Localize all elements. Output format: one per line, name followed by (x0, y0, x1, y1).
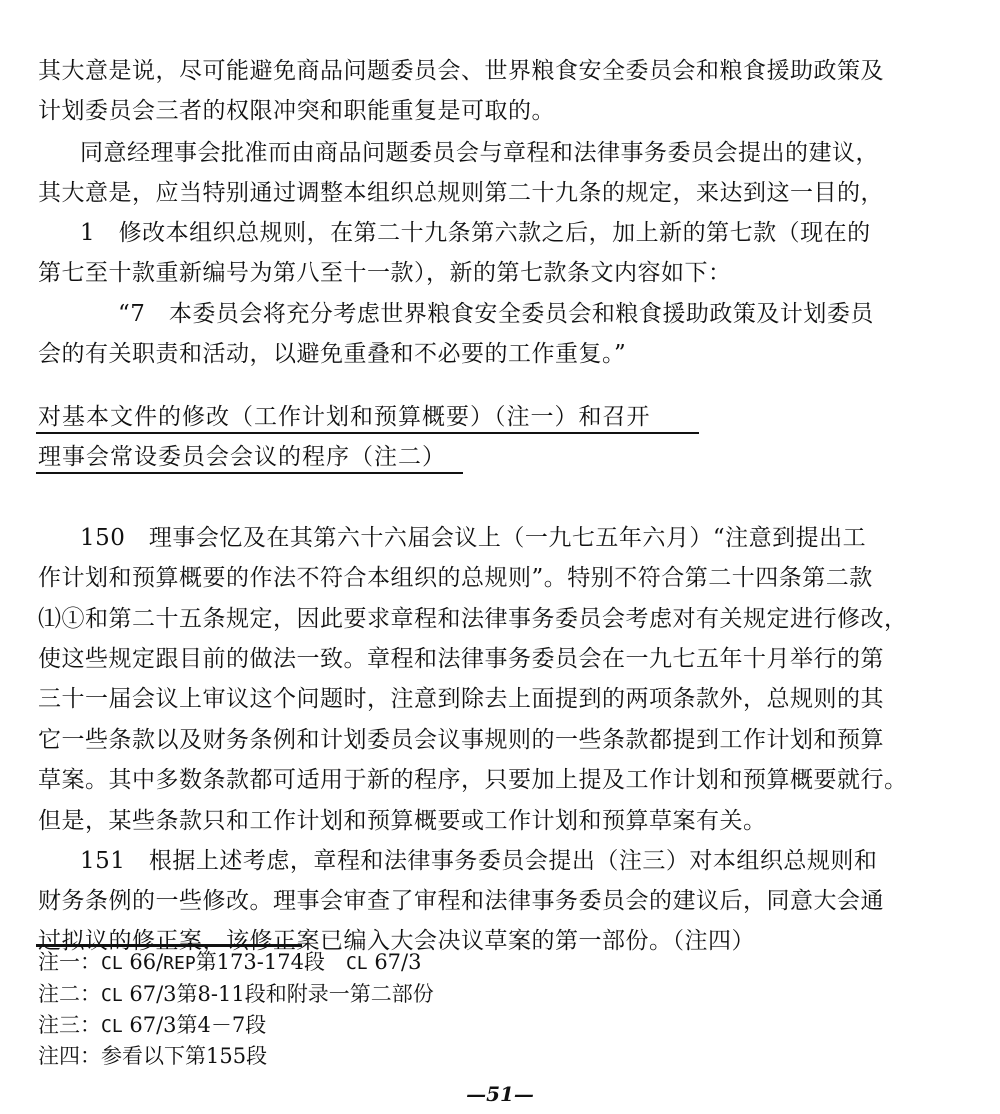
footnote-ref-suffix: REP (163, 953, 196, 974)
quoted-text-line: “7 本委员会将充分考虑世界粮食安全委员会和粮食援助政策及计划委员 (118, 299, 874, 329)
footnote-3: 注三：CL 67/3第4－7段 (38, 1011, 266, 1041)
footnote-text: 第8-11段和附录一第二部份 (177, 982, 434, 1006)
paragraph-150-line: 它一些条款以及财务条例和计划委员会议事规则的一些条款都提到工作计划和预算 (38, 725, 884, 755)
body-text-line: 同意经理事会批准而由商品问题委员会与章程和法律事务委员会提出的建议， (80, 138, 879, 168)
body-text-line: 1 修改本组织总规则，在第二十九条第六款之后，加上新的第七款（现在的 (80, 218, 871, 248)
footnote-1: 注一：CL 66/REP第173-174段 CL 67/3 (38, 948, 421, 978)
footnote-label: 注四： (38, 1044, 101, 1068)
body-text-line: 其大意是，应当特别通过调整本组织总规则第二十九条的规定，来达到这一目的， (38, 178, 884, 208)
footnote-text: 第173-174段 (196, 950, 346, 974)
body-text-line: 计划委员会三者的权限冲突和职能重复是可取的。 (38, 96, 555, 126)
footnote-ref: 67/3 (123, 982, 177, 1006)
paragraph-151-line: 151 根据上述考虑，章程和法律事务委员会提出（注三）对本组织总规则和 (80, 846, 877, 876)
footnote-extra-prefix: CL (346, 953, 368, 974)
paragraph-151-line: 财务条例的一些修改。理事会审查了审程和法律事务委员会的建议后，同意大会通 (38, 886, 884, 916)
heading-underline (36, 432, 699, 434)
footnote-text: 第4－7段 (177, 1013, 267, 1037)
body-text-line: 第七至十款重新编号为第八至十一款），新的第七款条文内容如下： (38, 258, 732, 288)
footnote-text: 参看以下第155段 (101, 1044, 267, 1068)
footnote-ref-prefix: CL (101, 985, 123, 1006)
paragraph-150-line: 150 理事会忆及在其第六十六届会议上（一九七五年六月）“注意到提出工 (80, 523, 866, 553)
body-text-line: 其大意是说，尽可能避免商品问题委员会、世界粮食安全委员会和粮食援助政策及 (38, 56, 884, 86)
paragraph-150-line: 三十一届会议上审议这个问题时，注意到除去上面提到的两项条款外，总规则的其 (38, 684, 884, 714)
heading-underline (36, 472, 463, 474)
footnote-label: 注三： (38, 1013, 101, 1037)
footnote-ref: 66/ (123, 950, 163, 974)
section-heading-line-1: 对基本文件的修改（工作计划和预算概要）（注一）和召开 (38, 402, 651, 432)
footnote-label: 注二： (38, 982, 101, 1006)
footnote-ref-prefix: CL (101, 953, 123, 974)
quoted-text-line: 会的有关职责和活动，以避免重叠和不必要的工作重复。” (38, 339, 626, 369)
footnote-2: 注二：CL 67/3第8-11段和附录一第二部份 (38, 980, 434, 1010)
page-number: —51— (0, 1082, 1000, 1106)
paragraph-150-line: ⑴①和第二十五条规定，因此要求章程和法律事务委员会考虑对有关规定进行修改， (38, 604, 908, 634)
paragraph-150-line: 作计划和预算概要的作法不符合本组织的总规则”。特别不符合第二十四条第二款 (38, 563, 873, 593)
paragraph-150-line: 但是，某些条款只和工作计划和预算概要或工作计划和预算草案有关。 (38, 806, 767, 836)
section-heading-line-2: 理事会常设委员会会议的程序（注二） (38, 442, 446, 472)
footnote-separator (36, 944, 302, 947)
footnote-ref: 67/3 (123, 1013, 177, 1037)
footnote-label: 注一： (38, 950, 101, 974)
footnote-4: 注四：参看以下第155段 (38, 1042, 267, 1070)
paragraph-150-line: 草案。其中多数条款都可适用于新的程序，只要加上提及工作计划和预算概要就行。 (38, 765, 908, 795)
footnote-ref-prefix: CL (101, 1016, 123, 1037)
paragraph-150-line: 使这些规定跟目前的做法一致。章程和法律事务委员会在一九七五年十月举行的第 (38, 644, 884, 674)
footnote-extra: 67/3 (368, 950, 422, 974)
